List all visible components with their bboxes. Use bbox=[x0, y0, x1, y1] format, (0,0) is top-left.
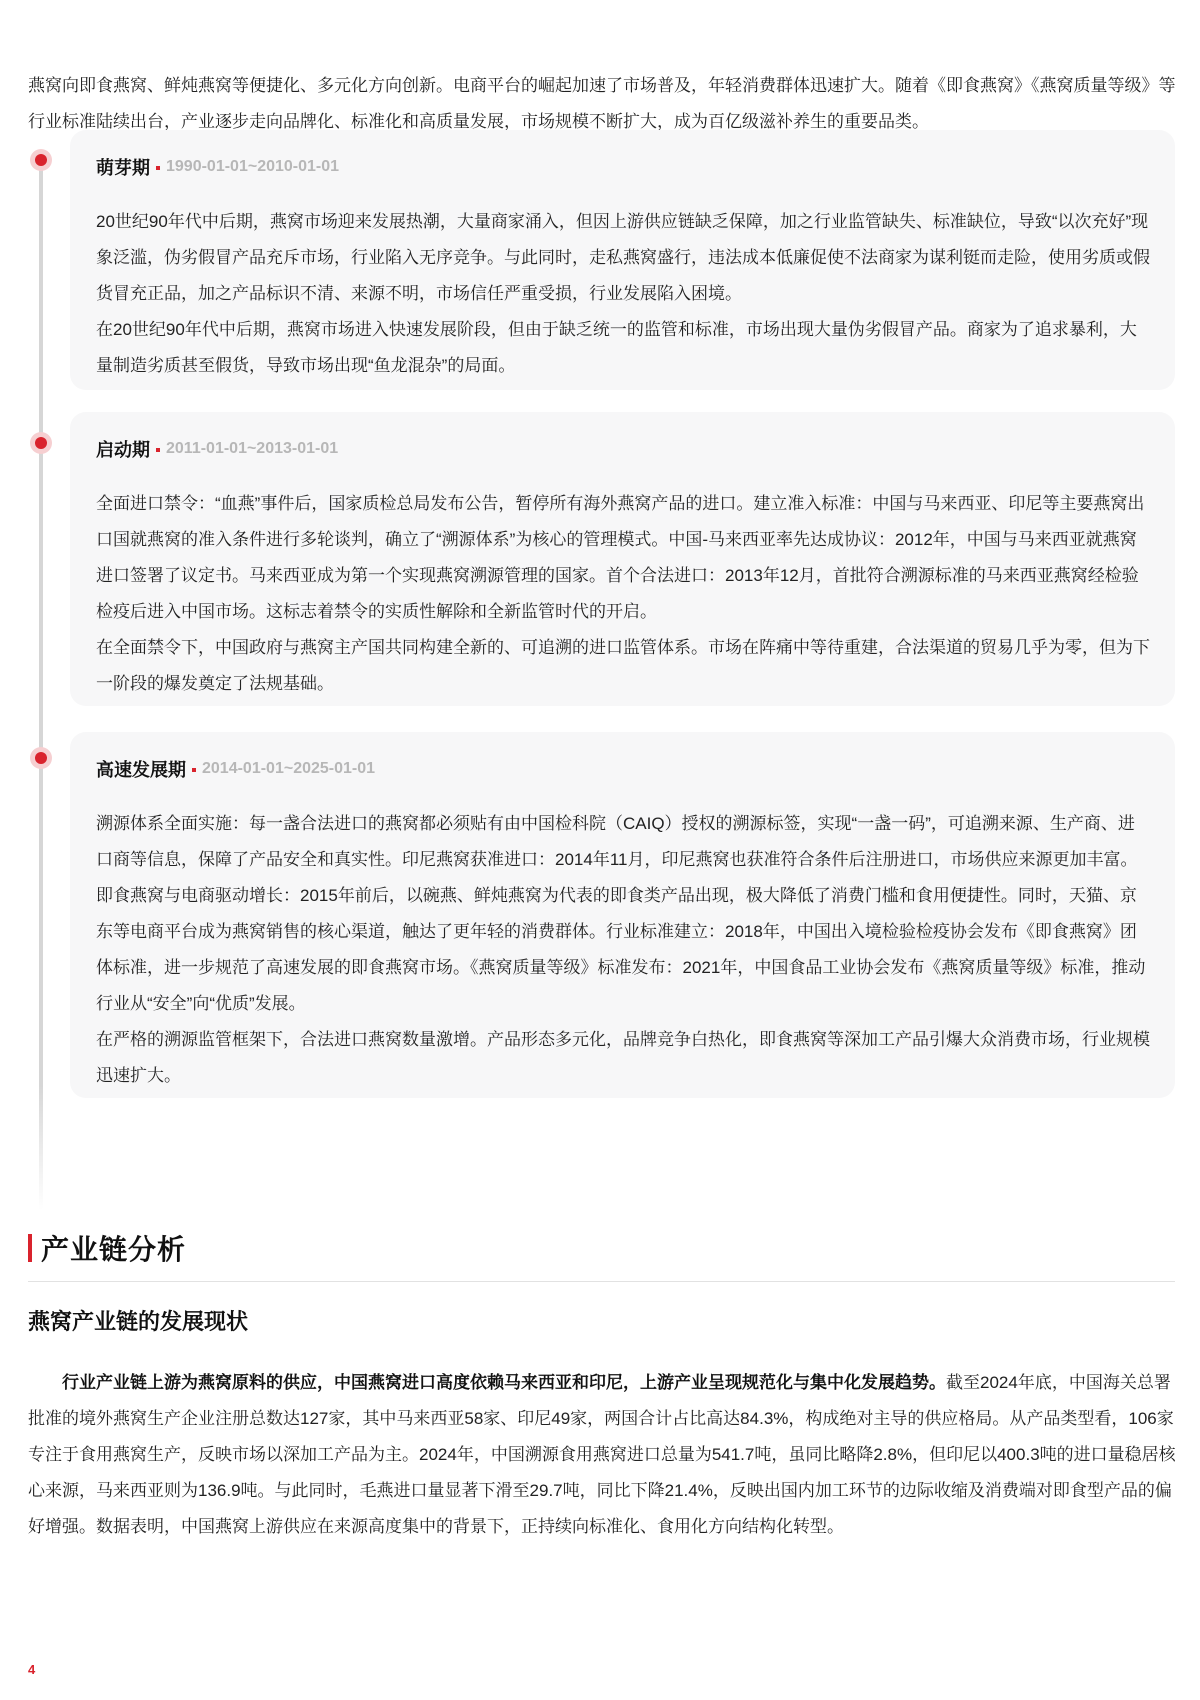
heading-accent-bar bbox=[28, 1234, 32, 1262]
stage-date-range: 2014-01-01~2025-01-01 bbox=[202, 760, 375, 778]
timeline-card-header: 高速发展期 2014-01-01~2025-01-01 bbox=[96, 754, 1151, 784]
page-number: 4 bbox=[28, 1662, 35, 1677]
section-heading: 产业链分析 bbox=[28, 1228, 186, 1268]
timeline-dot-icon bbox=[30, 432, 52, 454]
timeline-line bbox=[39, 170, 43, 1210]
separator-dot-icon bbox=[192, 768, 196, 772]
document-page: 燕窝向即食燕窝、鲜炖燕窝等便捷化、多元化方向创新。电商平台的崛起加速了市场普及，… bbox=[0, 0, 1200, 1700]
stage-paragraph: 在全面禁令下，中国政府与燕窝主产国共同构建全新的、可追溯的进口监管体系。市场在阵… bbox=[96, 630, 1151, 702]
timeline-card: 高速发展期 2014-01-01~2025-01-01 溯源体系全面实施：每一盏… bbox=[70, 732, 1175, 1098]
lead-sentence: 行业产业链上游为燕窝原料的供应，中国燕窝进口高度依赖马来西亚和印尼，上游产业呈现… bbox=[62, 1373, 946, 1392]
timeline-card: 启动期 2011-01-01~2013-01-01 全面进口禁令：“血燕”事件后… bbox=[70, 412, 1175, 706]
stage-title: 高速发展期 bbox=[96, 756, 186, 782]
body-text: 截至2024年底，中国海关总署批准的境外燕窝生产企业注册总数达127家，其中马来… bbox=[28, 1373, 1176, 1536]
stage-description: 全面进口禁令：“血燕”事件后，国家质检总局发布公告，暂停所有海外燕窝产品的进口。… bbox=[96, 486, 1151, 702]
stage-paragraph: 20世纪90年代中后期，燕窝市场迎来发展热潮，大量商家涌入，但因上游供应链缺乏保… bbox=[96, 204, 1151, 312]
separator-dot-icon bbox=[156, 448, 160, 452]
timeline-dot-icon bbox=[30, 149, 52, 171]
stage-description: 溯源体系全面实施：每一盏合法进口的燕窝都必须贴有由中国检科院（CAIQ）授权的溯… bbox=[96, 806, 1151, 1094]
timeline-dot-icon bbox=[30, 747, 52, 769]
stage-paragraph: 在20世纪90年代中后期，燕窝市场进入快速发展阶段，但由于缺乏统一的监管和标准，… bbox=[96, 312, 1151, 384]
subsection-title: 燕窝产业链的发展现状 bbox=[28, 1305, 248, 1336]
stage-date-range: 1990-01-01~2010-01-01 bbox=[166, 158, 339, 176]
stage-title: 启动期 bbox=[96, 436, 150, 462]
timeline-card: 萌芽期 1990-01-01~2010-01-01 20世纪90年代中后期，燕窝… bbox=[70, 130, 1175, 390]
timeline-card-header: 启动期 2011-01-01~2013-01-01 bbox=[96, 434, 1151, 464]
stage-paragraph: 在严格的溯源监管框架下，合法进口燕窝数量激增。产品形态多元化，品牌竞争白热化，即… bbox=[96, 1022, 1151, 1094]
separator-dot-icon bbox=[156, 166, 160, 170]
stage-description: 20世纪90年代中后期，燕窝市场迎来发展热潮，大量商家涌入，但因上游供应链缺乏保… bbox=[96, 204, 1151, 384]
stage-paragraph: 溯源体系全面实施：每一盏合法进口的燕窝都必须贴有由中国检科院（CAIQ）授权的溯… bbox=[96, 806, 1151, 1022]
subsection-paragraph: 行业产业链上游为燕窝原料的供应，中国燕窝进口高度依赖马来西亚和印尼，上游产业呈现… bbox=[28, 1365, 1178, 1545]
development-timeline: 萌芽期 1990-01-01~2010-01-01 20世纪90年代中后期，燕窝… bbox=[0, 140, 1200, 1210]
stage-paragraph: 全面进口禁令：“血燕”事件后，国家质检总局发布公告，暂停所有海外燕窝产品的进口。… bbox=[96, 486, 1151, 630]
section-divider bbox=[28, 1281, 1175, 1282]
stage-date-range: 2011-01-01~2013-01-01 bbox=[166, 440, 338, 458]
stage-title: 萌芽期 bbox=[96, 154, 150, 180]
timeline-card-header: 萌芽期 1990-01-01~2010-01-01 bbox=[96, 152, 1151, 182]
section-title: 产业链分析 bbox=[41, 1228, 186, 1268]
